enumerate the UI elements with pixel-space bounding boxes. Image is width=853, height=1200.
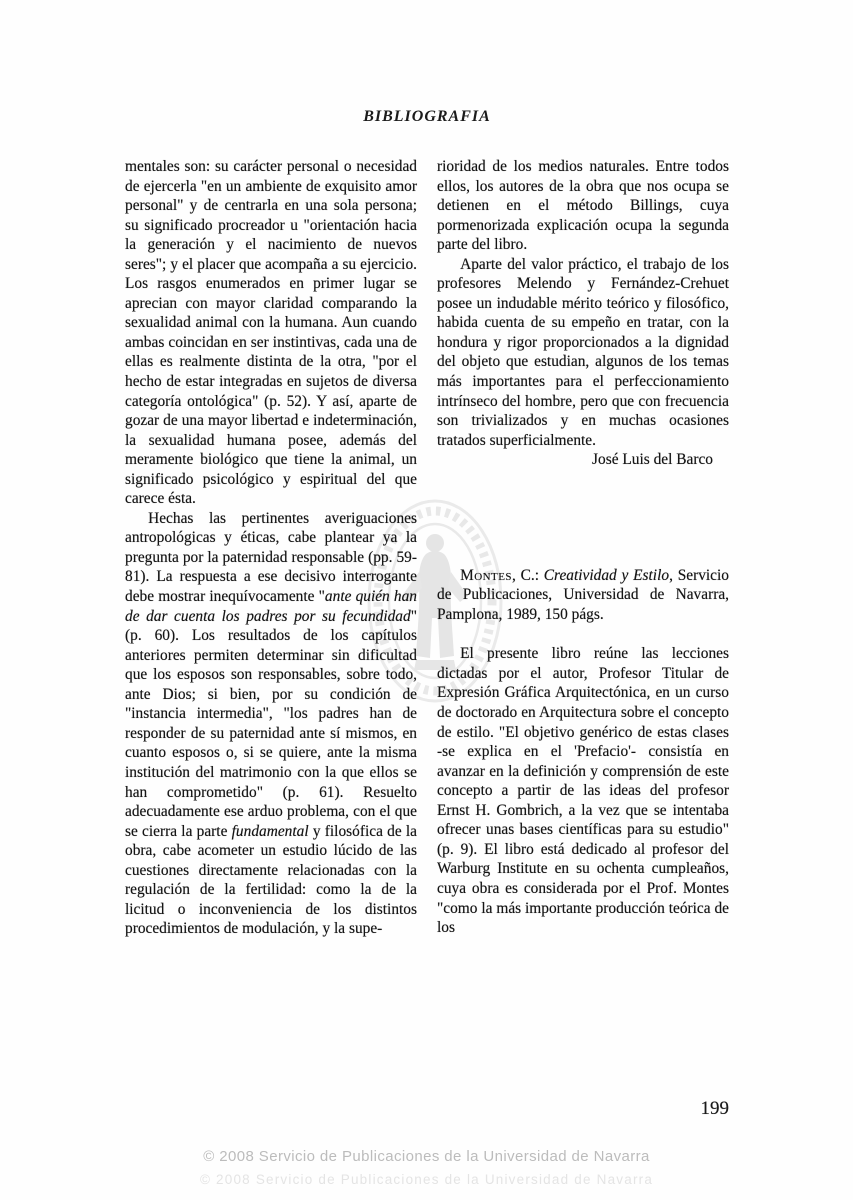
paragraph: Hechas las pertinentes averiguaciones an…: [125, 509, 417, 939]
paragraph: El presente libro reúne las lecciones di…: [437, 644, 729, 937]
copyright-watermark: © 2008 Servicio de Publicaciones de la U…: [0, 1148, 853, 1165]
paragraph: Aparte del valor práctico, el trabajo de…: [437, 255, 729, 450]
page-number: 199: [629, 1098, 729, 1120]
review-author-signature: José Luis del Barco: [437, 450, 729, 470]
paragraph: mentales son: su carácter personal o nec…: [125, 157, 417, 509]
right-column: rioridad de los medios naturales. Entre …: [437, 157, 729, 939]
text-columns: mentales son: su carácter personal o nec…: [125, 157, 729, 939]
bibliography-entry: Montes, C.: Creatividad y Estilo, Servic…: [437, 566, 729, 625]
page-title: BIBLIOGRAFIA: [125, 108, 729, 126]
left-column: mentales son: su carácter personal o nec…: [125, 157, 417, 939]
paragraph: rioridad de los medios naturales. Entre …: [437, 157, 729, 255]
copyright-watermark-faint: © 2008 Servicio de Publicaciones de la U…: [0, 1172, 853, 1187]
scanned-journal-page: BIBLIOGRAFIA mentales son: su carácter p…: [0, 0, 853, 1200]
